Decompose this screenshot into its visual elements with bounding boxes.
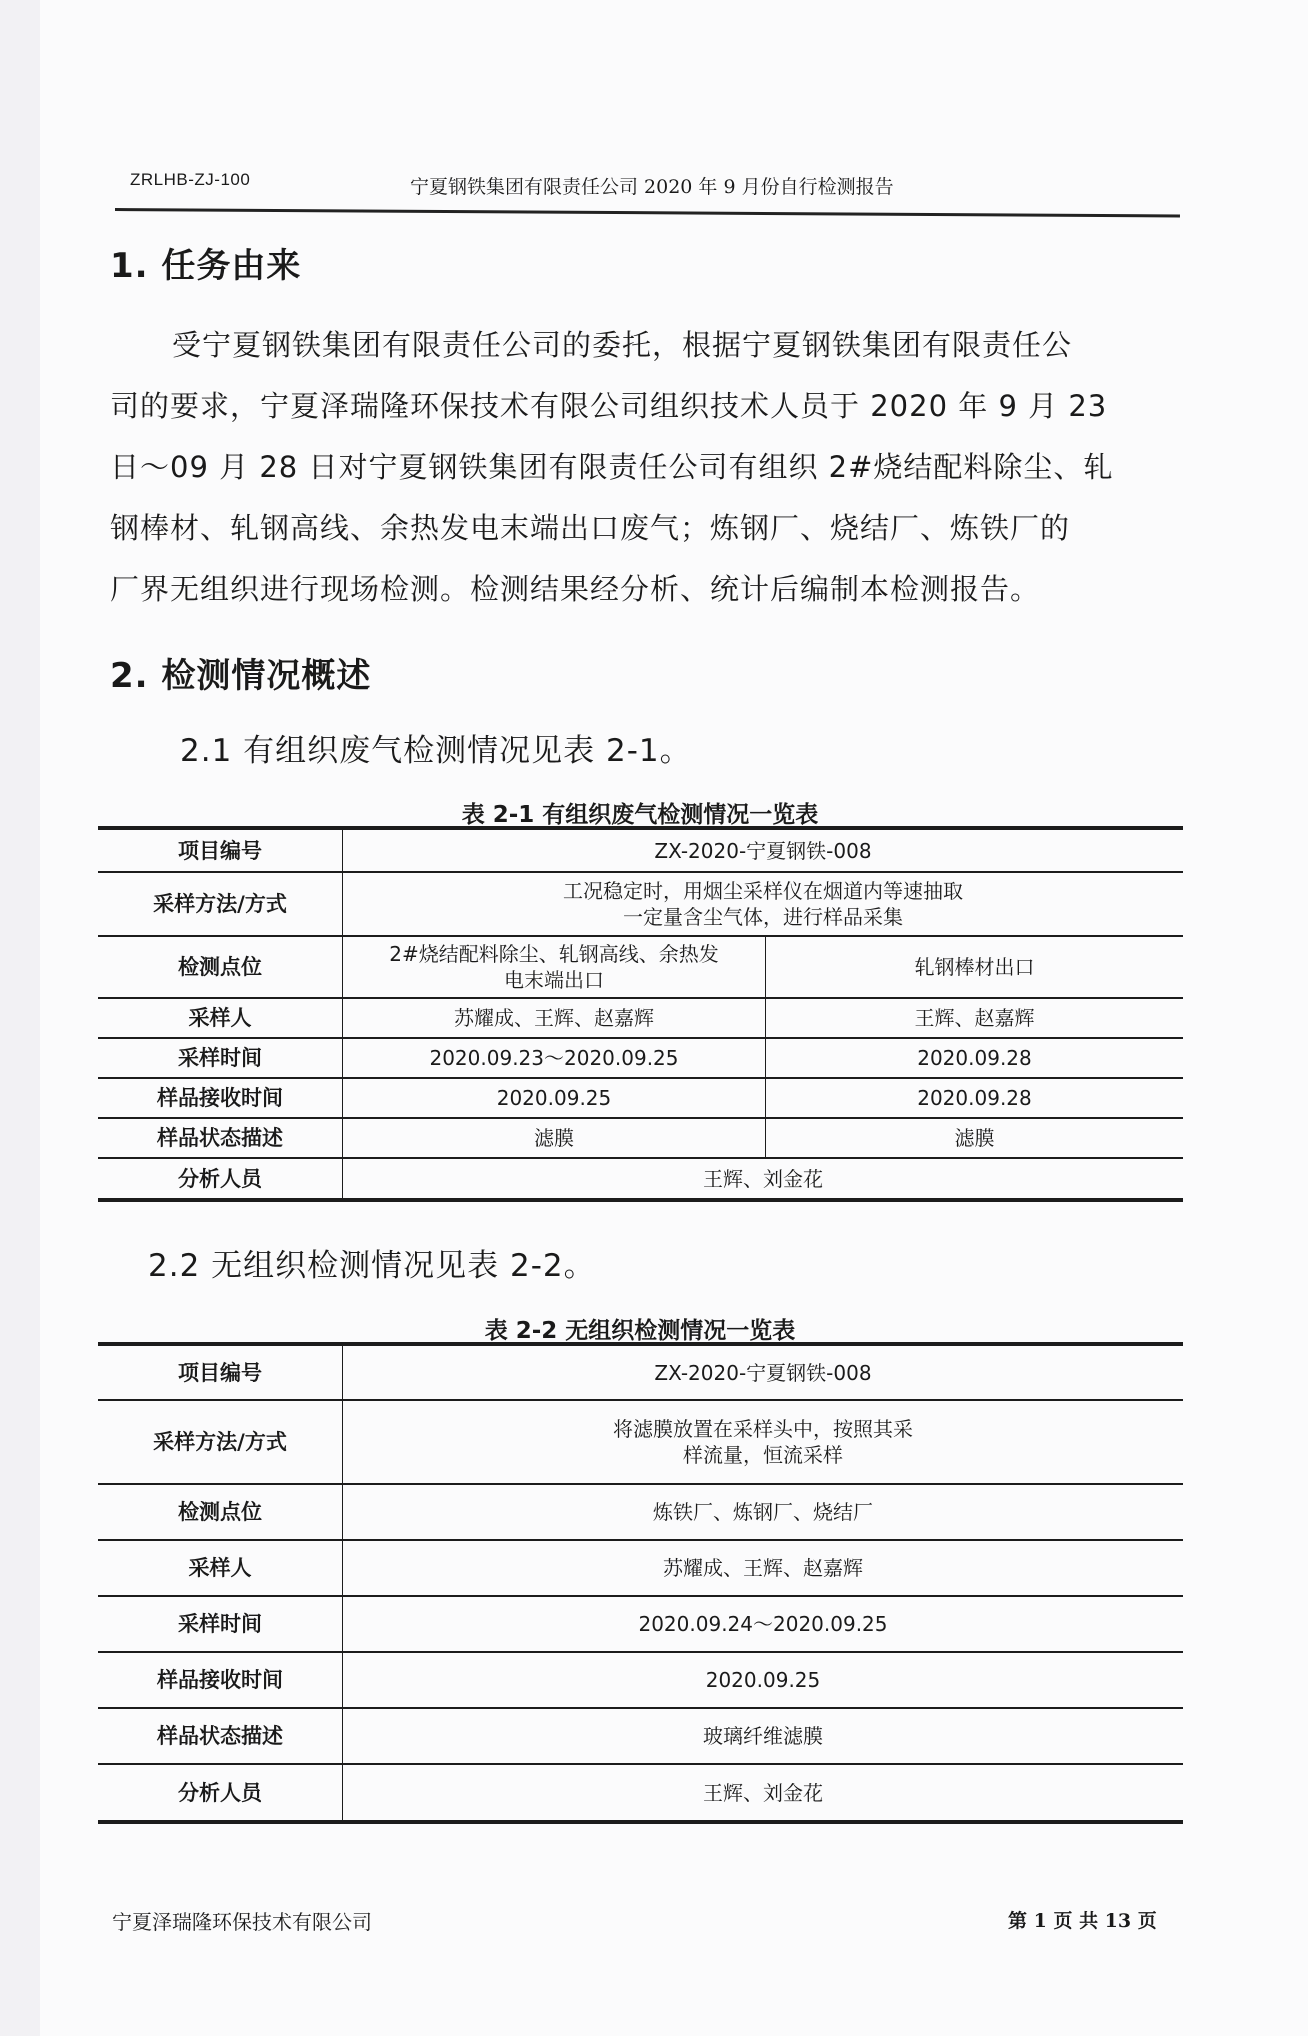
page-number: 第 1 页 共 13 页 (1008, 1906, 1157, 1933)
paragraph-line: 厂界无组织进行现场检测。检测结果经分析、统计后编制本检测报告。 (110, 559, 1170, 620)
table-row: 采样时间 2020.09.24～2020.09.25 (98, 1596, 1183, 1652)
table-row: 分析人员 王辉、刘金花 (98, 1764, 1183, 1822)
table-2-1-caption: 表 2-1 有组织废气检测情况一览表 (100, 796, 1180, 829)
row-label: 样品接收时间 (98, 1652, 343, 1708)
row-label: 样品接收时间 (98, 1078, 343, 1118)
table-2-1: 项目编号 ZX-2020-宁夏钢铁-008 采样方法/方式 工况稳定时，用烟尘采… (98, 826, 1183, 1202)
table-row: 项目编号 ZX-2020-宁夏钢铁-008 (98, 1344, 1183, 1400)
receive-time-1: 2020.09.25 (343, 1078, 766, 1118)
analysts: 王辉、刘金花 (343, 1158, 1184, 1200)
row-label: 项目编号 (98, 1344, 343, 1400)
subsection-2-1-heading: 2.1 有组织废气检测情况见表 2-1。 (180, 725, 692, 770)
receive-time-2: 2020.09.28 (766, 1078, 1184, 1118)
table-2-2: 项目编号 ZX-2020-宁夏钢铁-008 采样方法/方式 将滤膜放置在采样头中… (98, 1342, 1183, 1824)
paragraph-line: 司的要求，宁夏泽瑞隆环保技术有限公司组织技术人员于 2020 年 9 月 23 (110, 376, 1170, 437)
table-row: 样品接收时间 2020.09.25 2020.09.28 (98, 1078, 1183, 1118)
paragraph-line: 日～09 月 28 日对宁夏钢铁集团有限责任公司有组织 2#烧结配料除尘、轧 (110, 437, 1170, 498)
sample-state: 玻璃纤维滤膜 (343, 1708, 1184, 1764)
table-row: 采样人 苏耀成、王辉、赵嘉辉 (98, 1540, 1183, 1596)
row-label: 分析人员 (98, 1158, 343, 1200)
sample-state-1: 滤膜 (343, 1118, 766, 1158)
sampling-method: 工况稳定时，用烟尘采样仪在烟道内等速抽取 一定量含尘气体，进行样品采集 (343, 872, 1184, 936)
analysts: 王辉、刘金花 (343, 1764, 1184, 1822)
row-label: 分析人员 (98, 1764, 343, 1822)
section-1-heading: 1. 任务由来 (110, 238, 301, 287)
sample-time-2: 2020.09.28 (766, 1038, 1184, 1078)
section-2-heading: 2. 检测情况概述 (110, 648, 371, 697)
sampler: 苏耀成、王辉、赵嘉辉 (343, 1540, 1184, 1596)
monitoring-points-1: 2#烧结配料除尘、轧钢高线、余热发 电末端出口 (343, 936, 766, 998)
subsection-2-2-heading: 2.2 无组织检测情况见表 2-2。 (148, 1240, 596, 1285)
row-label: 检测点位 (98, 936, 343, 998)
table-row: 样品接收时间 2020.09.25 (98, 1652, 1183, 1708)
paragraph-line: 钢棒材、轧钢高线、余热发电末端出口废气；炼钢厂、烧结厂、炼铁厂的 (110, 498, 1170, 559)
section-1-paragraph: 受宁夏钢铁集团有限责任公司的委托，根据宁夏钢铁集团有限责任公 司的要求，宁夏泽瑞… (110, 315, 1170, 620)
row-label: 采样人 (98, 998, 343, 1038)
table-row: 检测点位 炼铁厂、炼钢厂、烧结厂 (98, 1484, 1183, 1540)
row-label: 采样方法/方式 (98, 872, 343, 936)
page-header: ZRLHB-ZJ-100 宁夏钢铁集团有限责任公司 2020 年 9 月份自行检… (130, 170, 1180, 210)
row-label: 检测点位 (98, 1484, 343, 1540)
sample-state-2: 滤膜 (766, 1118, 1184, 1158)
table-row: 采样时间 2020.09.23～2020.09.25 2020.09.28 (98, 1038, 1183, 1078)
footer-company: 宁夏泽瑞隆环保技术有限公司 (112, 1906, 372, 1935)
row-label: 采样时间 (98, 1596, 343, 1652)
table-row: 采样方法/方式 将滤膜放置在采样头中，按照其采 样流量，恒流采样 (98, 1400, 1183, 1484)
table-row: 采样人 苏耀成、王辉、赵嘉辉 王辉、赵嘉辉 (98, 998, 1183, 1038)
header-title: 宁夏钢铁集团有限责任公司 2020 年 9 月份自行检测报告 (410, 172, 894, 199)
row-label: 采样人 (98, 1540, 343, 1596)
table-row: 项目编号 ZX-2020-宁夏钢铁-008 (98, 828, 1183, 872)
monitoring-points-2: 轧钢棒材出口 (766, 936, 1184, 998)
row-label: 采样时间 (98, 1038, 343, 1078)
row-label: 项目编号 (98, 828, 343, 872)
table-2-2-caption: 表 2-2 无组织检测情况一览表 (100, 1312, 1180, 1345)
table-row: 分析人员 王辉、刘金花 (98, 1158, 1183, 1200)
project-number: ZX-2020-宁夏钢铁-008 (343, 828, 1184, 872)
row-label: 样品状态描述 (98, 1708, 343, 1764)
sample-time: 2020.09.24～2020.09.25 (343, 1596, 1184, 1652)
table-row: 样品状态描述 滤膜 滤膜 (98, 1118, 1183, 1158)
monitoring-points: 炼铁厂、炼钢厂、烧结厂 (343, 1484, 1184, 1540)
sample-time-1: 2020.09.23～2020.09.25 (343, 1038, 766, 1078)
paragraph-line: 受宁夏钢铁集团有限责任公司的委托，根据宁夏钢铁集团有限责任公 (110, 315, 1170, 376)
row-label: 样品状态描述 (98, 1118, 343, 1158)
row-label: 采样方法/方式 (98, 1400, 343, 1484)
sampler-2: 王辉、赵嘉辉 (766, 998, 1184, 1038)
sampling-method: 将滤膜放置在采样头中，按照其采 样流量，恒流采样 (343, 1400, 1184, 1484)
receive-time: 2020.09.25 (343, 1652, 1184, 1708)
table-row: 检测点位 2#烧结配料除尘、轧钢高线、余热发 电末端出口 轧钢棒材出口 (98, 936, 1183, 998)
sampler-1: 苏耀成、王辉、赵嘉辉 (343, 998, 766, 1038)
document-code: ZRLHB-ZJ-100 (130, 170, 250, 190)
table-row: 样品状态描述 玻璃纤维滤膜 (98, 1708, 1183, 1764)
project-number: ZX-2020-宁夏钢铁-008 (343, 1344, 1184, 1400)
table-row: 采样方法/方式 工况稳定时，用烟尘采样仪在烟道内等速抽取 一定量含尘气体，进行样… (98, 872, 1183, 936)
